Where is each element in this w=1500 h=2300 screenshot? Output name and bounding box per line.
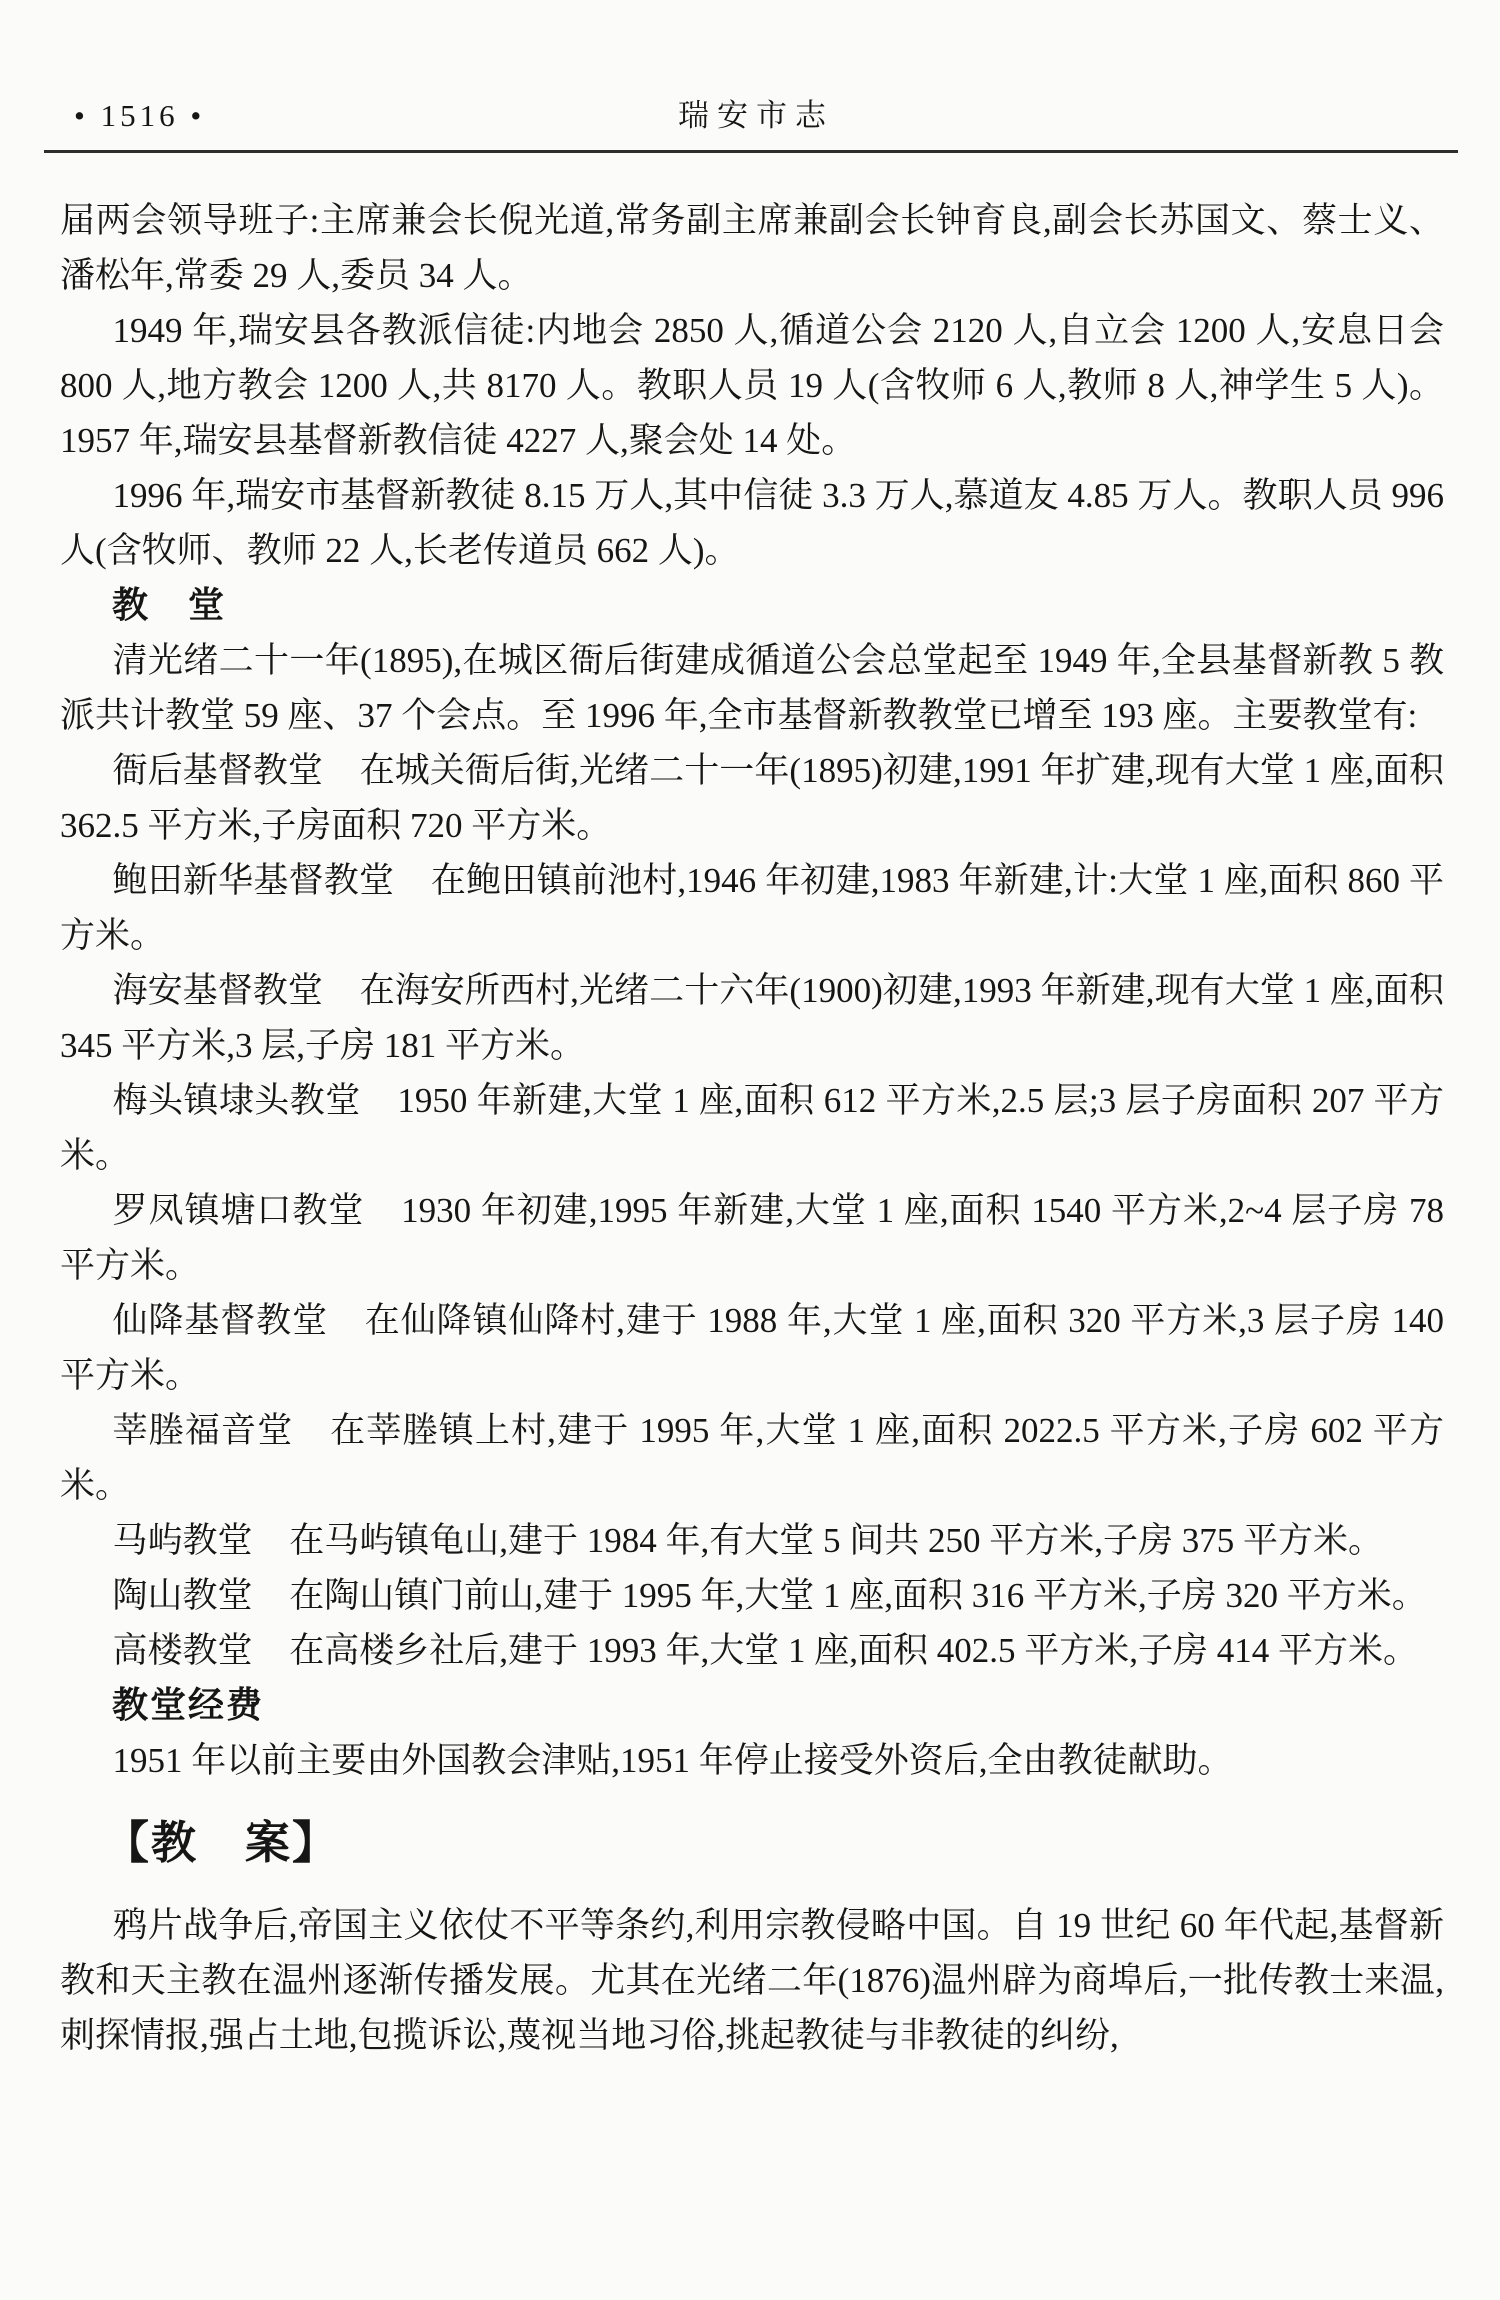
church-desc: 在马屿镇龟山,建于 1984 年,有大堂 5 间共 250 平方米,子房 375… [289, 1521, 1383, 1560]
subheading-churches: 教 堂 [60, 578, 1444, 633]
church-name: 梅头镇埭头教堂 [113, 1081, 361, 1120]
church-desc: 在高楼乡社后,建于 1993 年,大堂 1 座,面积 402.5 平方米,子房 … [289, 1631, 1418, 1670]
church-name: 鲍田新华基督教堂 [113, 861, 395, 900]
church-name: 陶山教堂 [113, 1576, 253, 1615]
church-entry: 梅头镇埭头教堂1950 年新建,大堂 1 座,面积 612 平方米,2.5 层;… [60, 1073, 1444, 1183]
subheading-church-funds: 教堂经费 [60, 1678, 1444, 1733]
church-entry: 莘塍福音堂在莘塍镇上村,建于 1995 年,大堂 1 座,面积 2022.5 平… [60, 1403, 1444, 1513]
page-body: 届两会领导班子:主席兼会长倪光道,常务副主席兼副会长钟育良,副会长苏国文、蔡士义… [60, 193, 1444, 2063]
church-entry: 高楼教堂在高楼乡社后,建于 1993 年,大堂 1 座,面积 402.5 平方米… [60, 1623, 1444, 1678]
church-entry: 仙降基督教堂在仙降镇仙降村,建于 1988 年,大堂 1 座,面积 320 平方… [60, 1293, 1444, 1403]
church-name: 马屿教堂 [113, 1521, 253, 1560]
paragraph-church-funds: 1951 年以前主要由外国教会津贴,1951 年停止接受外资后,全由教徒献助。 [60, 1733, 1444, 1788]
paragraph-leadership: 届两会领导班子:主席兼会长倪光道,常务副主席兼副会长钟育良,副会长苏国文、蔡士义… [60, 193, 1444, 303]
church-name: 海安基督教堂 [113, 971, 323, 1010]
scanned-book-page: • 1516 • 瑞安市志 届两会领导班子:主席兼会长倪光道,常务副主席兼副会长… [0, 0, 1500, 2300]
church-entry: 海安基督教堂在海安所西村,光绪二十六年(1900)初建,1993 年新建,现有大… [60, 963, 1444, 1073]
section-heading-religious-cases: 【教 案】 [60, 1814, 1444, 1872]
paragraph-1949-statistics: 1949 年,瑞安县各教派信徒:内地会 2850 人,循道公会 2120 人,自… [60, 303, 1444, 468]
church-name: 仙降基督教堂 [113, 1301, 328, 1340]
header-rule [44, 150, 1458, 153]
church-name: 莘塍福音堂 [113, 1411, 294, 1450]
church-entry: 马屿教堂在马屿镇龟山,建于 1984 年,有大堂 5 间共 250 平方米,子房… [60, 1513, 1444, 1568]
running-head: • 1516 • 瑞安市志 [74, 94, 1438, 138]
page-number: • 1516 • [74, 94, 205, 138]
church-entry: 鲍田新华基督教堂在鲍田镇前池村,1946 年初建,1983 年新建,计:大堂 1… [60, 853, 1444, 963]
church-entry: 衙后基督教堂在城关衙后街,光绪二十一年(1895)初建,1991 年扩建,现有大… [60, 743, 1444, 853]
church-entry: 陶山教堂在陶山镇门前山,建于 1995 年,大堂 1 座,面积 316 平方米,… [60, 1568, 1444, 1623]
paragraph-opium-war: 鸦片战争后,帝国主义依仗不平等条约,利用宗教侵略中国。自 19 世纪 60 年代… [60, 1898, 1444, 2063]
church-desc: 在陶山镇门前山,建于 1995 年,大堂 1 座,面积 316 平方米,子房 3… [289, 1576, 1427, 1615]
book-title: 瑞安市志 [678, 94, 834, 138]
church-name: 衙后基督教堂 [113, 751, 323, 790]
church-name: 罗凤镇塘口教堂 [113, 1191, 365, 1230]
paragraph-church-intro: 清光绪二十一年(1895),在城区衙后街建成循道公会总堂起至 1949 年,全县… [60, 633, 1444, 743]
paragraph-1996-statistics: 1996 年,瑞安市基督新教徒 8.15 万人,其中信徒 3.3 万人,慕道友 … [60, 468, 1444, 578]
church-entry: 罗凤镇塘口教堂1930 年初建,1995 年新建,大堂 1 座,面积 1540 … [60, 1183, 1444, 1293]
church-name: 高楼教堂 [113, 1631, 253, 1670]
